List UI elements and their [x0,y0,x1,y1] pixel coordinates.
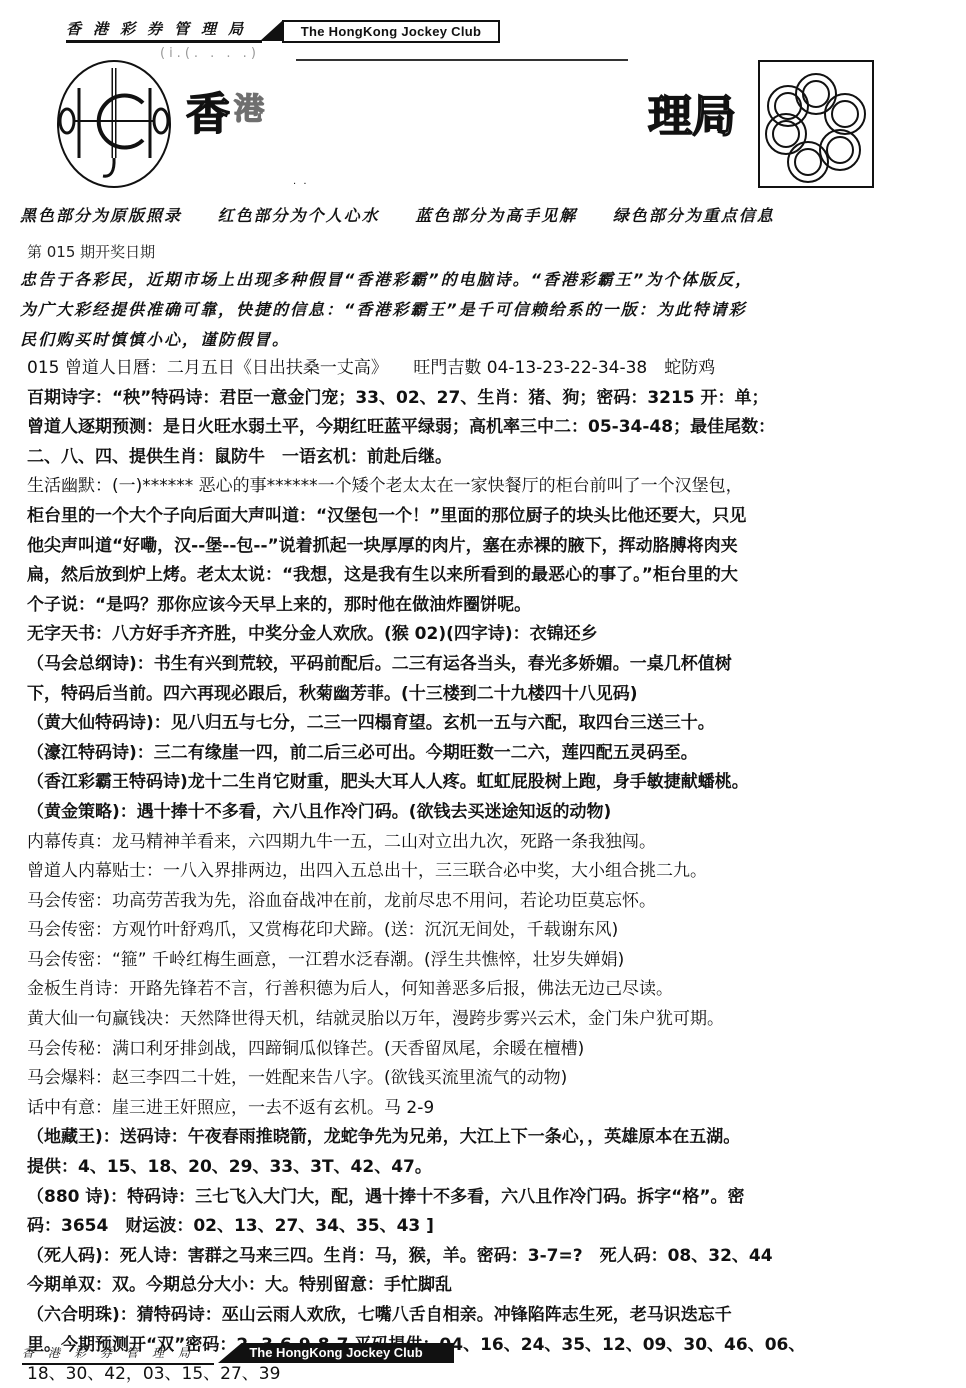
scan-dots: . . [293,176,309,187]
warning-line: 民们购买时慎慎小心，谨防假冒。 [20,325,960,355]
footer-banner: 香港彩券管理局 The HongKong Jockey Club [22,1343,454,1365]
legend-black: 黑色部分为原版照录 [20,206,182,225]
text-line: （六合明珠)：猜特码诗：巫山云雨人欢欣，七嘴八舌自相亲。冲锋陷阵志生死，老马识迭… [27,1301,947,1331]
text-line: 百期诗字：“秧”特码诗：君臣一意金门宠；33、02、27、生肖：猪、狗；密码：3… [27,384,947,414]
text-line: （黄金策略)：遇十捧十不多看，六八且作冷门码。(欲钱去买迷途知返的动物) [27,798,947,828]
legend-green: 绿色部分为重点信息 [613,206,775,225]
text-line: 他尖声叫道“好嘞，汉--堡--包--”说着抓起一块厚厚的肉片，塞在赤裸的腋下，挥… [27,532,947,562]
text-line: 马会传密：方观竹叶舒鸡爪，又赏梅花印犬蹄。(送：沉沉无间处，千载谢东风) [27,916,947,946]
org-name-cn: 香港彩券管理局 [66,18,266,40]
text-line: 015 曾道人日曆：二月五日《日出扶桑一丈高》 旺門吉數 04-13-23-22… [27,354,947,384]
text-line: 码：3654 财运波：02、13、27、34、35、43 ] [27,1212,947,1242]
divider [296,59,628,61]
color-legend: 黑色部分为原版照录 红色部分为个人心水 蓝色部分为高手见解 绿色部分为重点信息 [20,203,960,226]
title-right: 理局 [648,80,736,144]
issue-date-line: 第 015 期开奖日期 [27,241,155,262]
banner-slant [260,21,282,41]
text-line: 马会传秘：满口利牙排剑战，四蹄铜瓜似锋芒。(天香留凤尾，余暖在檀槽) [27,1035,947,1065]
text-line: 生活幽默：(一)****** 恶心的事******一个矮个老太太在一家快餐厅的柜… [27,472,947,502]
legend-blue: 蓝色部分为高手见解 [415,206,577,225]
footer-org-name-en: The HongKong Jockey Club [218,1343,454,1363]
text-line: 下，特码后当前。四六再现必跟后，秋菊幽芳菲。(十三楼到二十九楼四十八见码) [27,680,947,710]
text-line: （880 诗)：特码诗：三七飞入大门大，配，遇十捧十不多看，六八且作冷门码。拆字… [27,1183,947,1213]
text-line: 今期单双：双。今期总分大小：大。特别留意：手忙脚乱 [27,1271,947,1301]
text-line: 扁，然后放到炉上烤。老太太说：“我想，这是我有生以来所看到的最恶心的事了。”柜台… [27,561,947,591]
text-line: 二、八、四、提供生肖：鼠防牛 一语玄机：前赴后继。 [27,443,947,473]
warning-line: 忠告于各彩民，近期市场上出现多种假冒“香港彩霸”的电脑诗。“香港彩霸王”为个体版… [20,265,960,295]
text-line: 柜台里的一个大个子向后面大声叫道：“汉堡包一个！”里面的那位厨子的块头比他还要大… [27,502,947,532]
text-line: （香江彩霸王特码诗)龙十二生肖它财重，肥头大耳人人疼。虹虹屁股树上跑，身手敏捷献… [27,768,947,798]
text-line: （地藏王)：送码诗：午夜春雨推晓箭，龙蛇争先为兄弟，大江上下一条心，，英雄原本在… [27,1123,947,1153]
warning-line: 为广大彩经提供准确可靠，快捷的信息：“香港彩霸王”是千可信赖给系的一版：为此特请… [20,295,960,325]
org-name-en: The HongKong Jockey Club [282,20,500,43]
text-line: 提供：4、15、18、20、29、33、3T、42、47。 [27,1153,947,1183]
header-banner: 香港彩券管理局 The HongKong Jockey Club [66,18,498,42]
text-line: （死人码)：死人诗：害群之马来三四。生肖：马，猴，羊。密码：3-7=? 死人码：… [27,1242,947,1272]
hkjc-logo-icon [55,58,173,190]
text-line: 马会传密：功高劳苦我为先，浴血奋战冲在前，龙前尽忠不用问，若论功臣莫忘怀。 [27,887,947,917]
text-line: （黄大仙特码诗)：见八归五与七分，二三一四榻育望。玄机一五与六配，取四台三送三十… [27,709,947,739]
legend-red: 红色部分为个人心水 [218,206,380,225]
text-line: （马会总纲诗)：书生有兴到荒较，平码前配后。二三有运各当头，春光多娇媚。一桌几杯… [27,650,947,680]
divider [66,40,262,43]
divider [22,1363,214,1365]
text-line: 曾道人内幕贴士：一八入界排两边，出四入五总出十，三三联合必中奖，大小组合挑二九。 [27,857,947,887]
text-line: 黄大仙一句赢钱决：天然降世得天机，结就灵胎以万年，漫跨步雾兴云术，金门朱户犹可期… [27,1005,947,1035]
text-line: （濠江特码诗)：三二有缘崖一四，前二后三必可出。今期旺数一二六，莲四配五灵码至。 [27,739,947,769]
warning-notice: 忠告于各彩民，近期市场上出现多种假冒“香港彩霸”的电脑诗。“香港彩霸王”为个体版… [20,265,960,355]
faded-scan-text: (i.(. . . .) [160,46,260,61]
text-line: 无字天书：八方好手齐齐胜，中奖分金人欢欣。(猴 02)(四字诗)：衣锦还乡 [27,620,947,650]
text-line: 马会传密：“箍” 千岭红梅生画意，一江碧水泛春潮。(浮生共憔悴，壮岁失婵娟) [27,946,947,976]
title-left: 香 [186,78,230,142]
text-line: 金板生肖诗：开路先锋若不言，行善积德为后人，何知善恶多后报，佛法无边己尽读。 [27,975,947,1005]
footer-org-name-cn: 香港彩券管理局 [22,1343,222,1363]
text-line: 内幕传真：龙马精神羊看来，六四期九牛一五，二山对立出九次，死路一条我独闯。 [27,828,947,858]
plum-blossom-logo-icon [758,60,874,188]
text-line: 曾道人逐期预测：是日火旺水弱土平，今期红旺蓝平绿弱；高机率三中二：05-34-4… [27,413,947,443]
text-line: 马会爆料：赵三李四二十姓，一姓配来告八字。(欲钱买流里流气的动物) [27,1064,947,1094]
title-left-fragment: 港 [234,84,264,128]
main-content: 015 曾道人日曆：二月五日《日出扶桑一丈高》 旺門吉數 04-13-23-22… [27,354,947,1388]
text-line: 话中有意：崖三进王奸照应，一去不返有玄机。马 2-9 [27,1094,947,1124]
text-line: 个子说：“是吗？那你应该今天早上来的，那时他在做油炸圈饼呢。 [27,591,947,621]
